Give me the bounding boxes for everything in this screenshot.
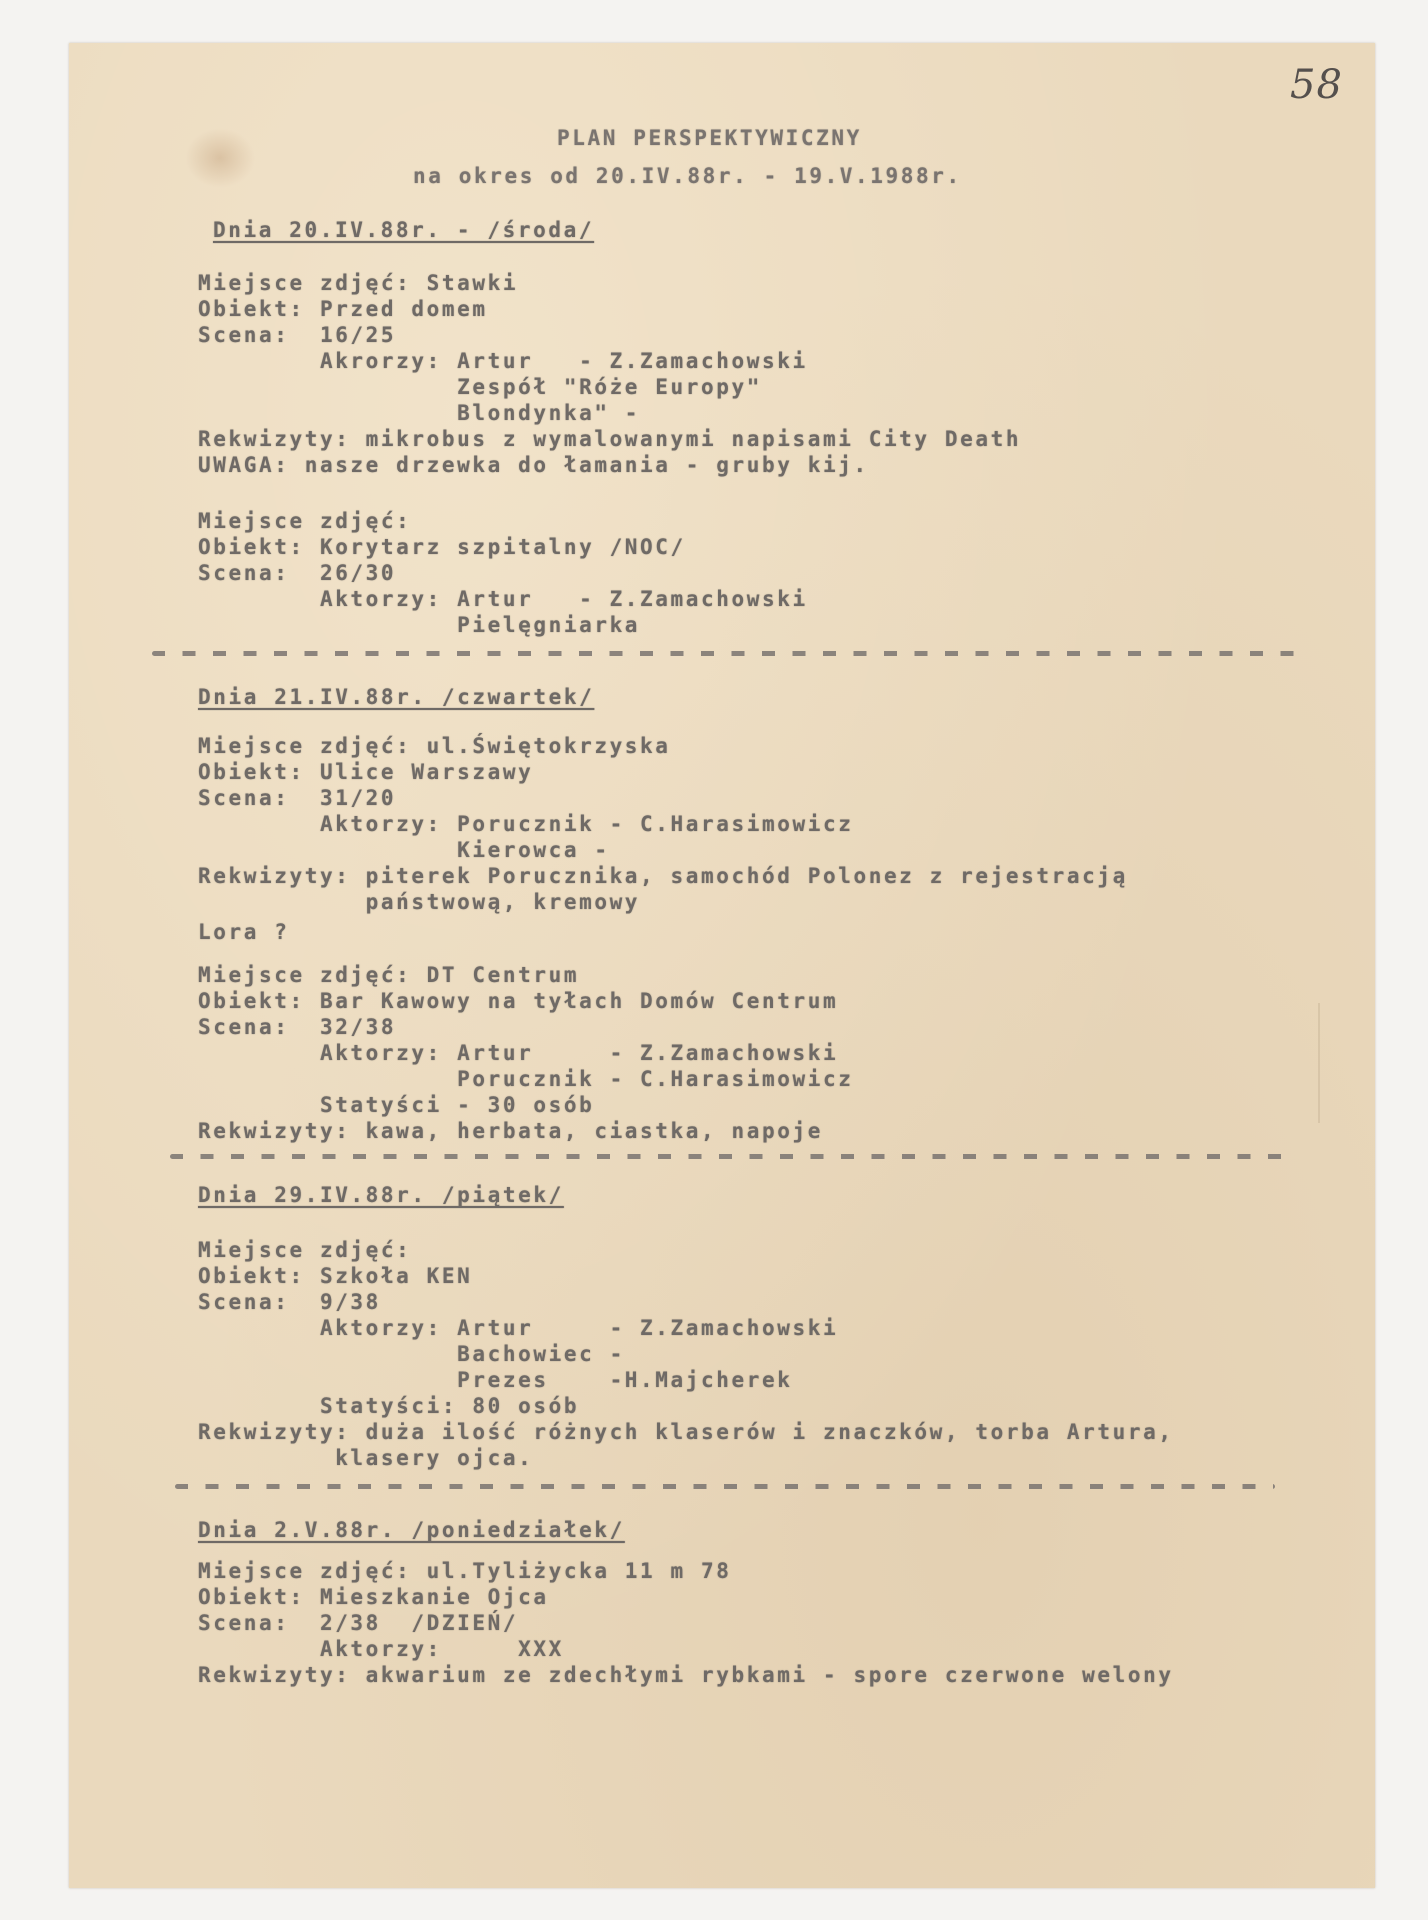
actors-line: Blondynka" - <box>198 401 640 425</box>
actors-line: Bachowiec - <box>198 1342 625 1366</box>
scene-line: Scena: 32/38 <box>198 1015 396 1039</box>
location-line: Miejsce zdjęć: Stawki <box>198 271 518 295</box>
handwritten-page-number: 58 <box>1290 62 1343 108</box>
scene-line: Scena: 31/20 <box>198 786 396 810</box>
actors-line: Aktorzy: XXX <box>198 1637 564 1661</box>
props-line: Rekwizyty: akwarium ze zdechłymi rybkami… <box>198 1663 1174 1687</box>
location-line: Miejsce zdjęć: DT Centrum <box>198 963 579 987</box>
day-heading: Dnia 21.IV.88r. /czwartek/ <box>198 685 594 709</box>
day-heading: Dnia 2.V.88r. /poniedziałek/ <box>198 1518 625 1542</box>
actors-line: Prezes -H.Majcherek <box>198 1368 792 1392</box>
scene-line: Scena: 26/30 <box>198 561 396 585</box>
extras-line: Statyści - 30 osób <box>198 1093 594 1117</box>
paper-fold-mark <box>1318 1003 1320 1123</box>
object-line: Obiekt: Mieszkanie Ojca <box>198 1585 549 1609</box>
section-divider <box>152 651 1302 656</box>
scene-line: Scena: 9/38 <box>198 1290 381 1314</box>
note-line: UWAGA: nasze drzewka do łamania - gruby … <box>198 453 869 477</box>
note-line: Lora ? <box>198 920 289 944</box>
location-line: Miejsce zdjęć: <box>198 509 411 533</box>
object-line: Obiekt: Korytarz szpitalny /NOC/ <box>198 535 686 559</box>
actors-line: Aktorzy: Porucznik - C.Harasimowicz <box>198 812 853 836</box>
props-line: Rekwizyty: kawa, herbata, ciastka, napoj… <box>198 1119 823 1143</box>
actors-line: Zespół "Róże Europy" <box>198 375 762 399</box>
scene-line: Scena: 16/25 <box>198 323 396 347</box>
actors-line: Kierowca - <box>198 838 610 862</box>
props-line: Rekwizyty: mikrobus z wymalowanymi napis… <box>198 427 1021 451</box>
location-line: Miejsce zdjęć: ul.Świętokrzyska <box>198 734 671 758</box>
object-line: Obiekt: Przed domem <box>198 297 488 321</box>
props-line: klasery ojca. <box>198 1446 533 1470</box>
actors-line: Aktorzy: Artur - Z.Zamachowski <box>198 1041 838 1065</box>
actors-line: Aktorzy: Artur - Z.Zamachowski <box>198 587 808 611</box>
extras-line: Statyści: 80 osób <box>198 1394 579 1418</box>
object-line: Obiekt: Szkoła KEN <box>198 1264 472 1288</box>
day-heading: Dnia 29.IV.88r. /piątek/ <box>198 1183 564 1207</box>
actors-line: Aktorzy: Artur - Z.Zamachowski <box>198 1316 838 1340</box>
document-title: PLAN PERSPEKTYWICZNY <box>557 126 862 150</box>
section-divider <box>175 1484 1275 1489</box>
actors-line: Porucznik - C.Harasimowicz <box>198 1067 853 1091</box>
paper-stain <box>185 128 255 188</box>
object-line: Obiekt: Bar Kawowy na tyłach Domów Centr… <box>198 989 838 1013</box>
day-heading: Dnia 20.IV.88r. - /środa/ <box>213 218 594 242</box>
document-subtitle: na okres od 20.IV.88r. - 19.V.1988r. <box>413 164 962 188</box>
object-line: Obiekt: Ulice Warszawy <box>198 760 533 784</box>
location-line: Miejsce zdjęć: <box>198 1238 411 1262</box>
props-line: Rekwizyty: piterek Porucznika, samochód … <box>198 864 1128 888</box>
section-divider <box>170 1154 1285 1159</box>
props-line: Rekwizyty: duża ilość różnych klaserów i… <box>198 1420 1174 1444</box>
scene-line: Scena: 2/38 /DZIEŃ/ <box>198 1611 518 1635</box>
actors-line: Pielęgniarka <box>198 613 640 637</box>
location-line: Miejsce zdjęć: ul.Tyliżycka 11 m 78 <box>198 1559 732 1583</box>
props-line: państwową, kremowy <box>198 890 640 914</box>
actors-line: Akrorzy: Artur - Z.Zamachowski <box>198 349 808 373</box>
